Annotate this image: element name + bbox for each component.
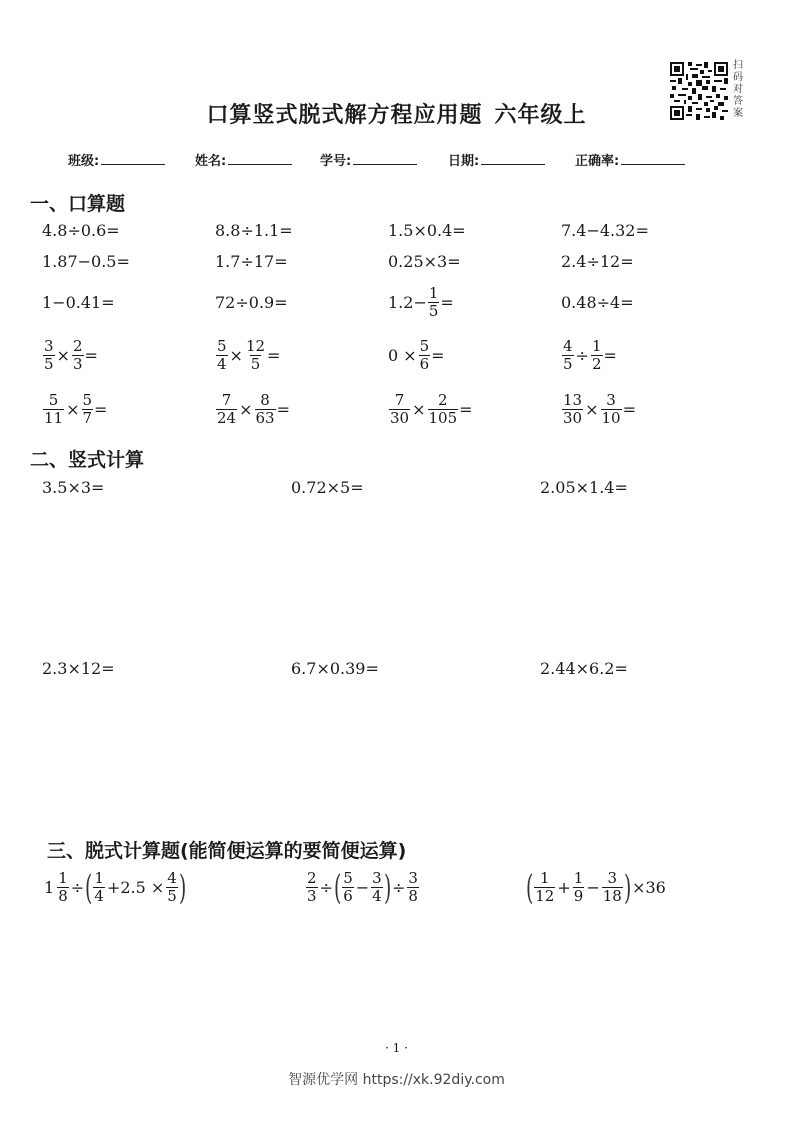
fraction: 863	[255, 392, 276, 427]
denominator: 10	[601, 409, 622, 427]
denominator: 7	[82, 409, 94, 427]
problem: 1.87−0.5=	[42, 252, 130, 271]
class-field[interactable]: 班级:	[68, 150, 165, 169]
right-paren: )	[624, 873, 631, 903]
denominator: 3	[306, 887, 318, 905]
denominator: 30	[389, 409, 410, 427]
problem: 3.5×3=	[42, 478, 104, 497]
left-paren: (	[334, 873, 341, 903]
title-grade: 六年级上	[495, 102, 587, 128]
numerator: 1	[93, 870, 105, 887]
right-paren: )	[384, 873, 391, 903]
problem: 0.25×3=	[388, 252, 461, 271]
qr-caption-char: 码	[733, 72, 747, 84]
qr-caption-char: 对	[733, 84, 747, 96]
student-id-blank[interactable]	[353, 152, 417, 165]
equals: =	[623, 400, 636, 419]
problem: 8.8÷1.1=	[215, 221, 293, 240]
equals: =	[94, 400, 107, 419]
equals: =	[440, 293, 453, 312]
denominator: 2	[591, 355, 603, 373]
section-2-title: 二、竖式计算	[30, 445, 144, 472]
operator: ×	[412, 400, 425, 419]
denominator: 4	[93, 887, 105, 905]
date-field[interactable]: 日期:	[448, 150, 545, 169]
fraction: 511	[43, 392, 64, 427]
numerator: 4	[562, 338, 574, 355]
problem: 1.7÷17=	[215, 252, 288, 271]
right-paren: )	[179, 873, 186, 903]
problem: 1−0.41=	[42, 293, 115, 312]
numerator: 3	[371, 870, 383, 887]
fraction: 730	[389, 392, 410, 427]
problem: 7.4−4.32=	[561, 221, 649, 240]
fraction: 23	[306, 870, 318, 905]
left-paren: (	[526, 873, 533, 903]
fraction: 23	[72, 338, 84, 373]
numerator: 12	[245, 338, 266, 355]
left-paren: (	[85, 873, 92, 903]
operator: ÷	[392, 878, 405, 897]
problem: 2.3×12=	[42, 659, 115, 678]
problem: 4.8÷0.6=	[42, 221, 120, 240]
numerator: 5	[48, 392, 60, 409]
operator: ×	[230, 346, 243, 365]
denominator: 6	[342, 887, 354, 905]
fraction: 318	[602, 870, 623, 905]
accuracy-blank[interactable]	[621, 152, 685, 165]
problem: 1.5×0.4=	[388, 221, 466, 240]
denominator: 63	[255, 409, 276, 427]
problem: 54 × 125 =	[215, 338, 280, 373]
student-id-label: 学号:	[320, 154, 351, 169]
date-label: 日期:	[448, 154, 479, 169]
denominator: 8	[407, 887, 419, 905]
numerator: 1	[57, 870, 69, 887]
fraction: 57	[82, 392, 94, 427]
numerator: 5	[342, 870, 354, 887]
problem: 2.44×6.2=	[540, 659, 628, 678]
problem: 0.72×5=	[291, 478, 364, 497]
problem: 724 × 863 =	[215, 392, 290, 427]
problem: 2.4÷12=	[561, 252, 634, 271]
operator: ÷	[320, 878, 333, 897]
problem: ( 112 + 19 − 318 ) ×36	[526, 870, 667, 905]
qr-code-icon	[670, 62, 728, 120]
problem: 23 ÷ ( 56 − 34 ) ÷ 38	[305, 870, 420, 905]
problem: 1330 × 310 =	[561, 392, 636, 427]
fraction: 15	[428, 285, 440, 320]
expr-part: 0	[388, 346, 398, 365]
fraction: 18	[57, 870, 69, 905]
operator: ×	[585, 400, 598, 419]
operator: +	[557, 878, 570, 897]
numerator: 1	[591, 338, 603, 355]
denominator: 5	[250, 355, 262, 373]
operator: −	[586, 878, 599, 897]
numerator: 4	[166, 870, 178, 887]
denominator: 5	[428, 302, 440, 320]
numerator: 3	[605, 392, 617, 409]
fraction: 14	[93, 870, 105, 905]
operator: ÷	[576, 346, 589, 365]
denominator: 105	[428, 409, 459, 427]
numerator: 7	[221, 392, 233, 409]
denominator: 5	[562, 355, 574, 373]
numerator: 8	[259, 392, 271, 409]
numerator: 1	[428, 285, 440, 302]
problem: 0 × 56 =	[388, 338, 445, 373]
equals: =	[604, 346, 617, 365]
name-label: 姓名:	[195, 154, 226, 169]
numerator: 5	[82, 392, 94, 409]
numerator: 7	[394, 392, 406, 409]
fraction: 34	[371, 870, 383, 905]
expr-part: 1.2−	[388, 293, 427, 312]
numerator: 2	[72, 338, 84, 355]
numerator: 5	[216, 338, 228, 355]
fraction: 45	[166, 870, 178, 905]
fraction: 38	[407, 870, 419, 905]
fraction: 19	[573, 870, 585, 905]
title-main: 口算竖式脱式解方程应用题	[206, 102, 482, 128]
problem: 45 ÷ 12 =	[561, 338, 617, 373]
fraction: 12	[591, 338, 603, 373]
problem: 1 18 ÷ ( 14 +2.5 × 45 )	[44, 870, 186, 905]
problem: 0.48÷4=	[561, 293, 634, 312]
numerator: 1	[573, 870, 585, 887]
denominator: 5	[166, 887, 178, 905]
numerator: 3	[407, 870, 419, 887]
qr-caption-char: 答	[733, 96, 747, 108]
operator: ×	[239, 400, 252, 419]
numerator: 2	[437, 392, 449, 409]
operator: ×	[66, 400, 79, 419]
denominator: 4	[216, 355, 228, 373]
denominator: 5	[43, 355, 55, 373]
fraction: 54	[216, 338, 228, 373]
fraction: 724	[216, 392, 237, 427]
site-watermark: 智源优学网 https://xk.92diy.com	[0, 1069, 793, 1089]
denominator: 6	[419, 355, 431, 373]
equals: =	[459, 400, 472, 419]
student-id-field[interactable]: 学号:	[320, 150, 417, 169]
date-blank[interactable]	[481, 152, 545, 165]
numerator: 3	[606, 870, 618, 887]
class-blank[interactable]	[101, 152, 165, 165]
section-3-title: 三、脱式计算题(能简便运算的要简便运算)	[47, 836, 406, 863]
denominator: 8	[57, 887, 69, 905]
problem: 6.7×0.39=	[291, 659, 379, 678]
operator: ×	[57, 346, 70, 365]
problem: 35 × 23 =	[42, 338, 98, 373]
operator: ×	[403, 346, 416, 365]
qr-code[interactable]	[670, 62, 728, 120]
denominator: 18	[602, 887, 623, 905]
name-blank[interactable]	[228, 152, 292, 165]
numerator: 2	[306, 870, 318, 887]
equals: =	[277, 400, 290, 419]
problem: 1.2− 15 =	[388, 285, 454, 320]
denominator: 11	[43, 409, 64, 427]
fraction: 1330	[562, 392, 583, 427]
qr-caption-char: 案	[733, 108, 747, 120]
whole-number: 1	[44, 878, 54, 897]
numerator: 5	[419, 338, 431, 355]
problem: 72÷0.9=	[215, 293, 288, 312]
fraction: 112	[534, 870, 555, 905]
class-label: 班级:	[68, 154, 99, 169]
operator: ÷	[71, 878, 84, 897]
denominator: 9	[573, 887, 585, 905]
page-number: · 1 ·	[0, 1041, 793, 1055]
fraction: 35	[43, 338, 55, 373]
problem: 730 × 2105 =	[388, 392, 473, 427]
expr-part: ×36	[632, 878, 666, 897]
equals: =	[267, 346, 280, 365]
accuracy-label: 正确率:	[575, 154, 619, 169]
fraction: 56	[342, 870, 354, 905]
fraction: 56	[419, 338, 431, 373]
fraction: 2105	[428, 392, 459, 427]
fraction: 310	[601, 392, 622, 427]
denominator: 12	[534, 887, 555, 905]
numerator: 13	[562, 392, 583, 409]
operator: −	[356, 878, 369, 897]
qr-caption: 扫 码 对 答 案	[733, 60, 747, 120]
name-field[interactable]: 姓名:	[195, 150, 292, 169]
numerator: 1	[539, 870, 551, 887]
problem: 511 × 57 =	[42, 392, 107, 427]
equals: =	[85, 346, 98, 365]
denominator: 4	[371, 887, 383, 905]
expr-part: +2.5 ×	[107, 878, 164, 897]
section-1-title: 一、口算题	[30, 189, 125, 216]
equals: =	[431, 346, 444, 365]
fraction: 45	[562, 338, 574, 373]
problem: 2.05×1.4=	[540, 478, 628, 497]
denominator: 3	[72, 355, 84, 373]
denominator: 24	[216, 409, 237, 427]
numerator: 3	[43, 338, 55, 355]
accuracy-field[interactable]: 正确率:	[575, 150, 685, 169]
denominator: 30	[562, 409, 583, 427]
fraction: 125	[245, 338, 266, 373]
qr-caption-char: 扫	[733, 60, 747, 72]
